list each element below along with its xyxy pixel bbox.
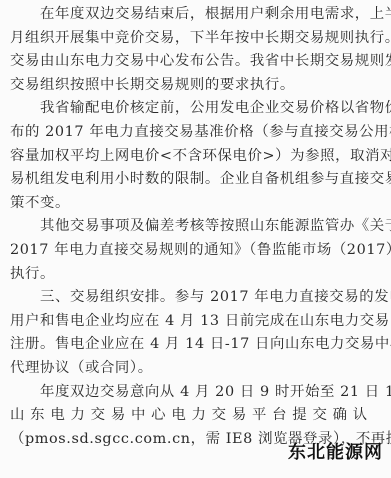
text-line: 山 东 电 力 交 易 中 心 电 力 交 易 平 台 提 交 确 认 bbox=[10, 404, 382, 428]
document-body: 在年度双边交易结束后，根据用户剩余用电需求，上半年按 月组织开展集中竞价交易，下… bbox=[10, 3, 382, 451]
text-line: 策不变。 bbox=[10, 192, 382, 216]
section-heading-line: 三、交易组织安排。参与 2017 年电力直接交易的发电企业、 bbox=[10, 286, 382, 310]
text-line: 易机组发电利用小时数的限制。企业自备机组参与直接交易的政 bbox=[10, 168, 382, 192]
watermark-logo: 东北能源网 bbox=[288, 438, 383, 464]
text-line: 交易由山东电力交易中心发布公告。我省中长期交易规则发布后， bbox=[10, 50, 382, 74]
text-line: 其他交易事项及偏差考核等按照山东能源监管办《关于修订 bbox=[10, 215, 382, 239]
text-line: 布的 2017 年电力直接交易基准价格（参与直接交易公用机组按 bbox=[10, 121, 382, 145]
text-line: 我省输配电价核定前，公用发电企业交易价格以省物价局公 bbox=[10, 97, 382, 121]
text-line: 年度双边交易意向从 4 月 20 日 9 时开始至 21 日 16 时通过 bbox=[10, 381, 382, 405]
text-line: 月组织开展集中竞价交易，下半年按中长期交易规则执行。月度 bbox=[10, 27, 382, 51]
text-line: 用户和售电企业均应在 4 月 13 日前完成在山东电力交易中心的 bbox=[10, 310, 382, 334]
text-line: 注册。售电企业应在 4 月 14 日-17 日向山东电力交易中心提交 bbox=[10, 333, 382, 357]
text-line: 执行。 bbox=[10, 263, 382, 287]
text-line: 在年度双边交易结束后，根据用户剩余用电需求，上半年按 bbox=[10, 3, 382, 27]
text-line: 2017 年电力直接交易规则的通知》（鲁监能市场（2017）36 号） bbox=[10, 239, 382, 263]
text-line: 交易组织按照中长期交易规则的要求执行。 bbox=[10, 74, 382, 98]
text-line: 容量加权平均上网电价<不含环保电价>）为参照，取消对双边交 bbox=[10, 145, 382, 169]
text-line: 代理协议（或合同）。 bbox=[10, 357, 382, 381]
